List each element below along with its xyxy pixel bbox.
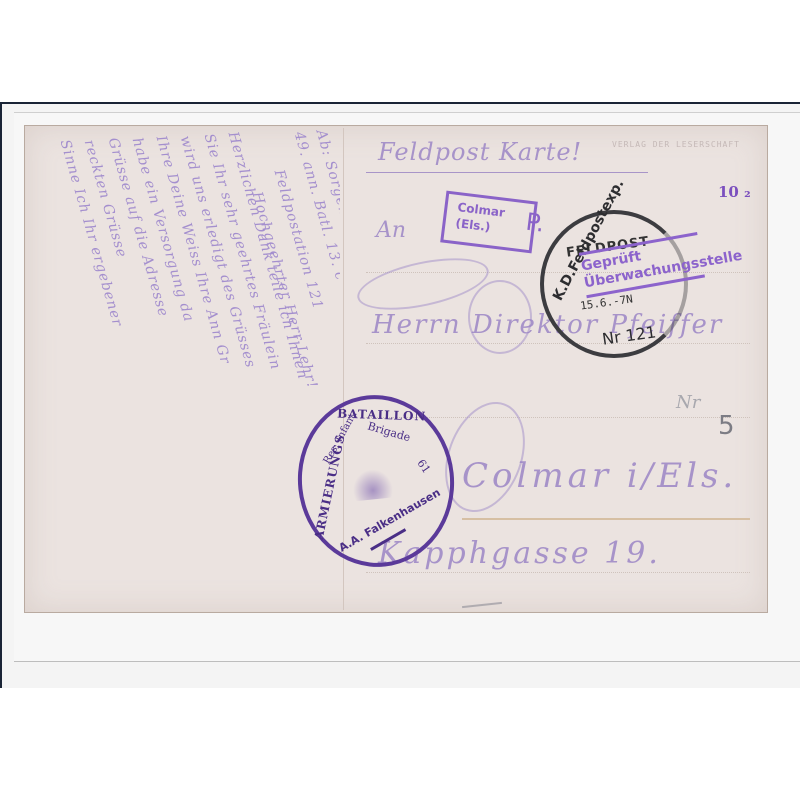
- recipient-city: Colmar i/Els.: [462, 456, 737, 496]
- box-stamp-suffix: P.: [525, 214, 545, 232]
- colmar-box-stamp: Colmar (Els.) P.: [440, 191, 538, 254]
- address-line-solid: [462, 518, 750, 520]
- postmark-number: Nr 121: [601, 322, 657, 348]
- pencil-note-number: 5: [718, 411, 735, 441]
- address-line: [366, 572, 750, 573]
- battalion-inner-right: 61: [414, 457, 433, 476]
- pencil-note-nr: Nr: [676, 392, 700, 413]
- eagle-emblem-icon: [351, 467, 394, 501]
- address-line: [366, 343, 750, 344]
- feldpost-heading: Feldpost Karte!: [378, 138, 582, 166]
- printed-publisher-line: VERLAG DER LESERSCHAFT: [612, 140, 740, 149]
- battalion-inner-top: Brigade: [366, 420, 412, 445]
- price-mark: 10 ₂: [718, 183, 751, 201]
- handwritten-message: Ab: Sorgen Fellen 49. ann. Batl. 13. c F…: [28, 128, 340, 606]
- address-prefix: An: [376, 218, 406, 243]
- heading-underline: [366, 172, 648, 173]
